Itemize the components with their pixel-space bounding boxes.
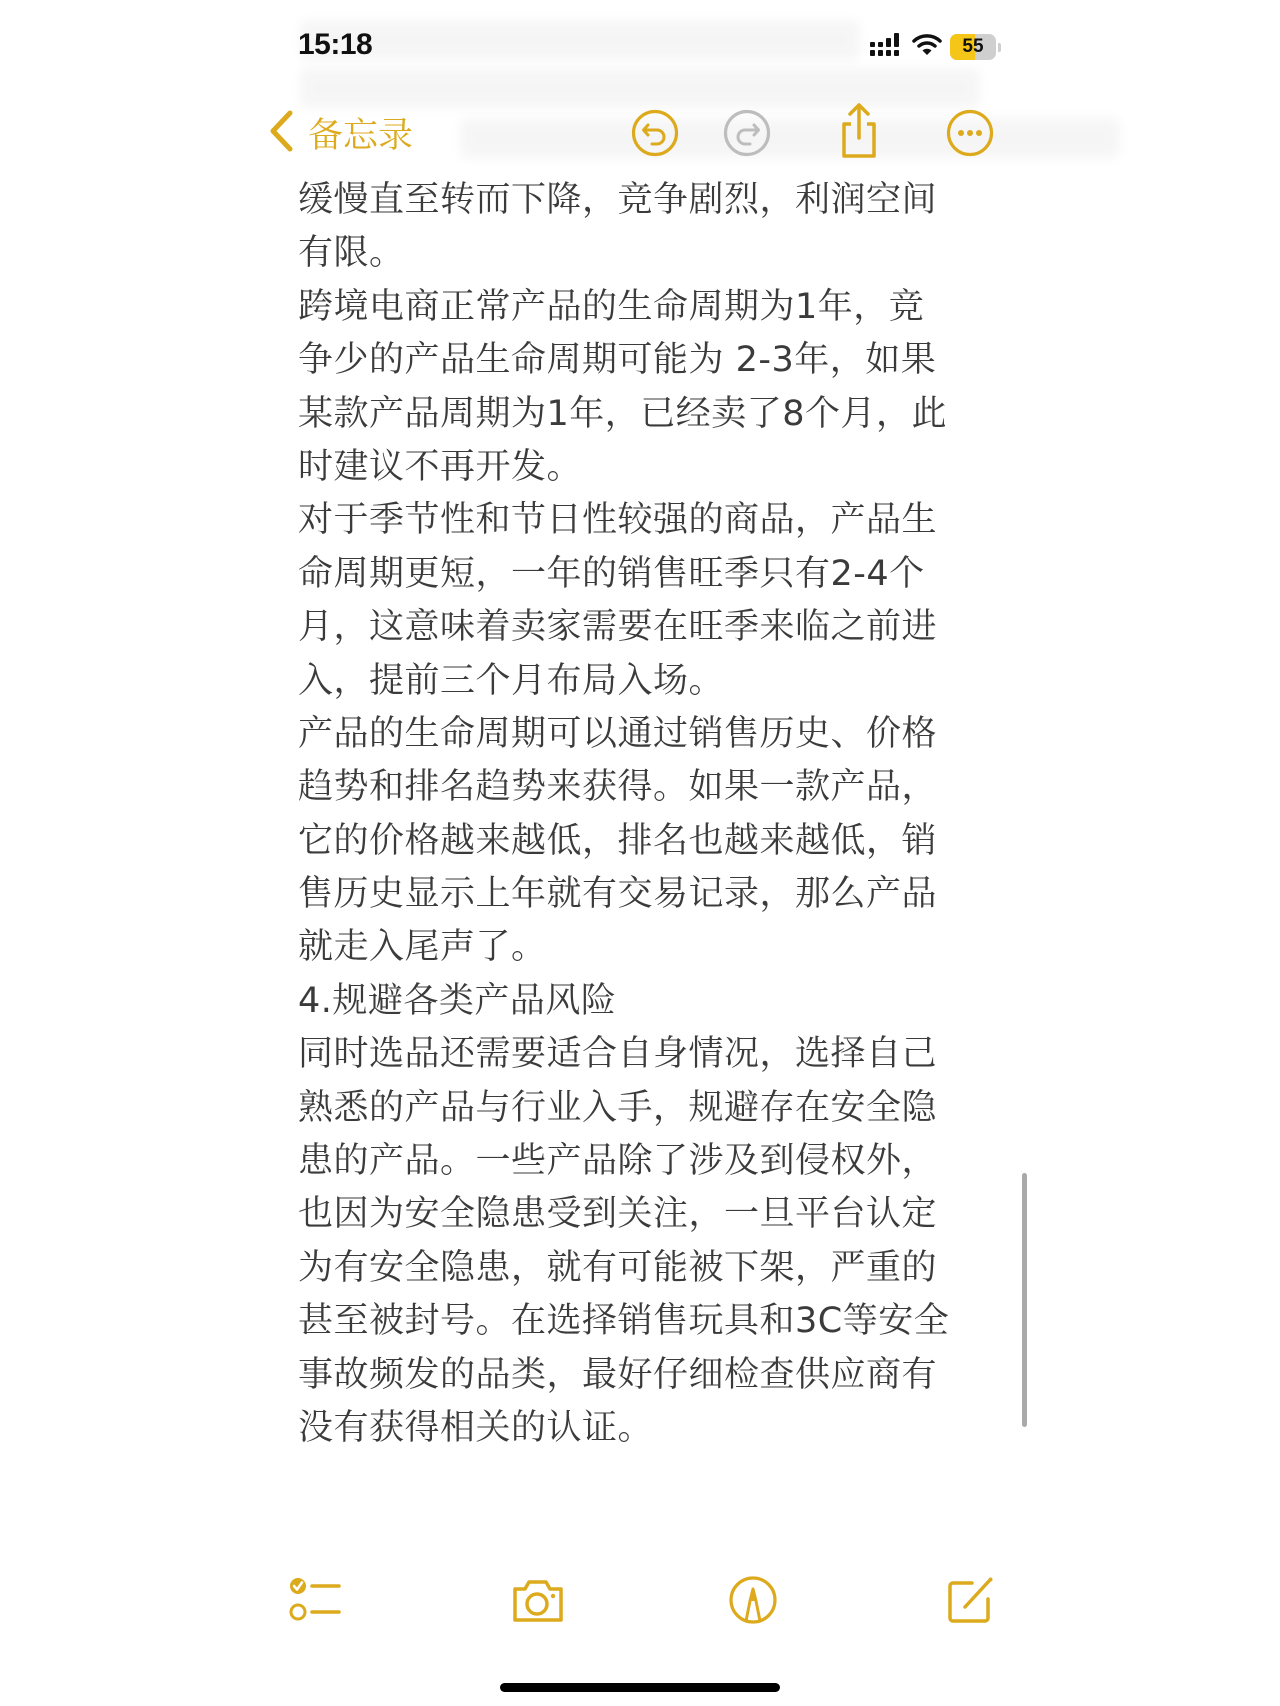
camera-icon (510, 1575, 566, 1625)
note-line: 就走入尾声了。 (298, 921, 1018, 974)
home-indicator[interactable] (500, 1683, 780, 1692)
note-line: 某款产品周期为1年，已经卖了8个月，此 (298, 388, 1018, 441)
camera-button[interactable] (510, 1575, 566, 1625)
battery-icon: 55 (950, 34, 996, 60)
note-body[interactable]: 缓慢直至转而下降，竞争剧烈，利润空间 有限。 跨境电商正常产品的生命周期为1年，… (298, 174, 1018, 1455)
note-line: 争少的产品生命周期可能为 2-3年，如果 (298, 334, 1018, 387)
note-line: 缓慢直至转而下降，竞争剧烈，利润空间 (298, 174, 1018, 227)
note-line: 月，这意味着卖家需要在旺季来临之前进 (298, 601, 1018, 654)
back-label: 备忘录 (308, 108, 413, 158)
wifi-icon (912, 33, 942, 61)
note-line: 趋势和排名趋势来获得。如果一款产品， (298, 761, 1018, 814)
note-line: 命周期更短，一年的销售旺季只有2-4个 (298, 548, 1018, 601)
undo-icon (630, 108, 680, 158)
battery-level: 55 (962, 36, 983, 58)
note-line: 有限。 (298, 227, 1018, 280)
note-line: 它的价格越来越低，排名也越来越低，销 (298, 815, 1018, 868)
undo-button[interactable] (630, 108, 680, 158)
compose-icon (945, 1575, 995, 1625)
markup-button[interactable] (728, 1575, 780, 1625)
note-line: 没有获得相关的认证。 (298, 1402, 1018, 1455)
checklist-icon (289, 1575, 341, 1625)
compose-button[interactable] (945, 1575, 997, 1625)
chevron-left-icon (268, 109, 294, 157)
battery-cap (998, 43, 1001, 52)
note-line: 事故频发的品类，最好仔细检查供应商有 (298, 1349, 1018, 1402)
note-line: 为有安全隐患，就有可能被下架，严重的 (298, 1242, 1018, 1295)
markup-icon (728, 1575, 778, 1625)
note-line: 甚至被封号。在选择销售玩具和3C等安全 (298, 1295, 1018, 1348)
note-line: 产品的生命周期可以通过销售历史、价格 (298, 708, 1018, 761)
note-line: 时建议不再开发。 (298, 441, 1018, 494)
note-line: 熟悉的产品与行业入手，规避存在安全隐 (298, 1082, 1018, 1135)
note-line: 售历史显示上年就有交易记录，那么产品 (298, 868, 1018, 921)
note-line: 对于季节性和节日性较强的商品，产品生 (298, 494, 1018, 547)
share-button[interactable] (834, 100, 884, 160)
blurred-scrolled-text (460, 118, 1120, 158)
note-line: 患的产品。一些产品除了涉及到侵权外， (298, 1135, 1018, 1188)
more-icon (945, 108, 995, 158)
note-line: 入，提前三个月布局入场。 (298, 655, 1018, 708)
redo-button[interactable] (722, 108, 772, 158)
scrollbar[interactable] (1022, 1173, 1027, 1427)
note-line: 跨境电商正常产品的生命周期为1年，竞 (298, 281, 1018, 334)
status-icons: 55 (870, 32, 1001, 62)
signal-icon (870, 33, 904, 61)
status-time: 15:18 (298, 28, 372, 62)
redo-icon (722, 108, 772, 158)
note-heading: 4.规避各类产品风险 (298, 975, 1018, 1028)
note-line: 同时选品还需要适合自身情况，选择自己 (298, 1028, 1018, 1081)
blurred-scrolled-text (300, 20, 860, 60)
checklist-button[interactable] (289, 1575, 341, 1625)
share-icon (834, 100, 884, 160)
back-button[interactable]: 备忘录 (268, 108, 413, 158)
more-button[interactable] (945, 108, 995, 158)
note-line: 也因为安全隐患受到关注，一旦平台认定 (298, 1188, 1018, 1241)
